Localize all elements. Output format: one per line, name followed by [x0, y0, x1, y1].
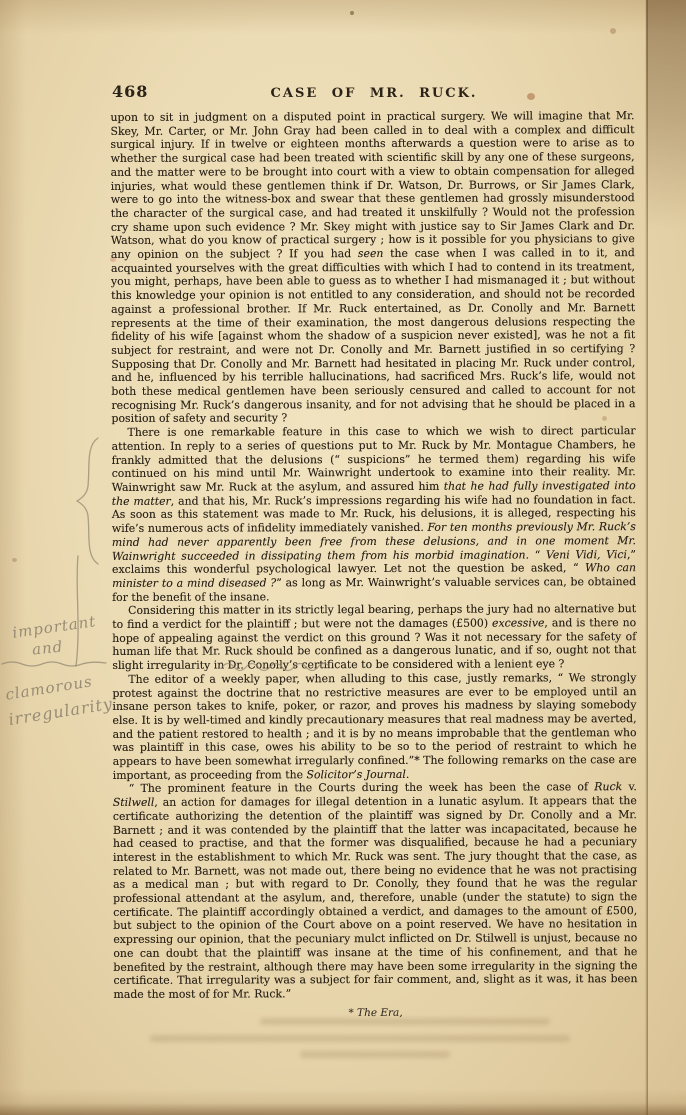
italic-text: Veni Vidi, Vici: [546, 548, 627, 561]
page-fore-edge-shade: [646, 0, 686, 230]
pencil-brace: [74, 436, 104, 566]
show-through: [300, 1051, 450, 1058]
foxing-spot: [610, 28, 616, 34]
text-run: v.: [622, 781, 637, 794]
text-column: upon to sit in judgment on a disputed po…: [110, 109, 637, 1020]
paragraph: There is one remarkable feature in this …: [112, 424, 637, 604]
italic-text: Solicitor’s Journal: [306, 768, 405, 781]
footnote-text: The Era,: [357, 1007, 403, 1019]
running-title: CASE OF MR. RUCK.: [112, 86, 636, 101]
text-run: The editor of a weekly paper, when allud…: [112, 671, 636, 782]
foxing-spot: [350, 11, 354, 15]
italic-text: Ruck: [594, 781, 622, 794]
margin-note-and: and: [31, 637, 64, 658]
paragraph: The editor of a weekly paper, when allud…: [112, 671, 636, 782]
italic-text: excessive: [492, 616, 544, 629]
paragraph: Considering this matter in its strictly …: [112, 602, 636, 672]
pencil-line: [72, 556, 84, 668]
paragraph: “ The prominent feature in the Courts du…: [113, 781, 638, 1002]
text-run: “ The prominent feature in the Courts du…: [129, 781, 595, 796]
italic-text: Stilwell: [113, 796, 155, 809]
page-edge-line: [645, 0, 648, 1115]
foxing-spot: [12, 558, 17, 562]
text-run: the case when I was called in to it, and…: [111, 246, 636, 425]
paragraph: upon to sit in judgment on a disputed po…: [110, 109, 635, 426]
show-through: [260, 1018, 550, 1025]
text-run: “: [529, 548, 546, 561]
text-run: .: [406, 768, 410, 781]
pencil-underline: [2, 658, 108, 668]
article-body: upon to sit in judgment on a disputed po…: [110, 109, 637, 1002]
pencil-squiggle: [222, 660, 328, 672]
page-bottom-shadow: [0, 1103, 686, 1115]
text-run: , an action for damages for illegal dete…: [113, 794, 638, 1001]
text-run: upon to sit in judgment on a disputed po…: [110, 109, 634, 261]
italic-text: seen: [358, 247, 384, 260]
scanned-page: 468 CASE OF MR. RUCK. upon to sit in jud…: [0, 0, 686, 1115]
show-through: [150, 1035, 570, 1042]
